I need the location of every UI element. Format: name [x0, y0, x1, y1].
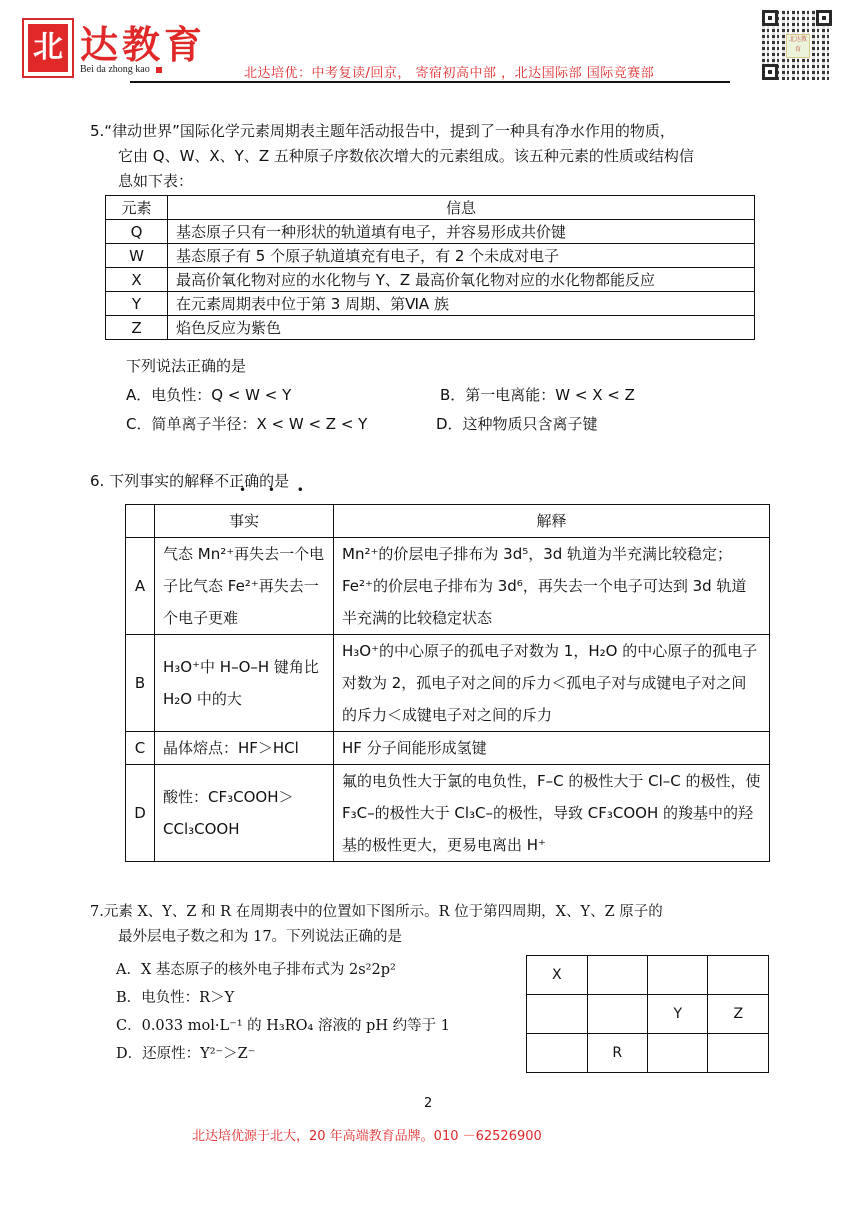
row-label: C	[126, 732, 155, 765]
footer-tagline: 北达培优源于北大，20 年高端教育品牌。010 －62526900	[192, 1125, 542, 1144]
table-row: W 基态原子有 5 个原子轨道填充有电子，有 2 个未成对电子	[106, 244, 755, 268]
q7-option-b: B．电负性：R＞Y	[116, 986, 234, 1007]
info-cell: 在元素周期表中位于第 3 周期、第ⅥA 族	[168, 292, 755, 316]
element-cell: X	[106, 268, 168, 292]
table-header-row: 元素 信息	[106, 196, 755, 220]
grid-cell: Y	[648, 995, 708, 1034]
q7-stem: 7.元素 X、Y、Z 和 R 在周期表中的位置如下图所示。R 位于第四周期，X、…	[90, 900, 790, 950]
fact-cell: 酸性：CF₃COOH＞CCl₃COOH	[155, 765, 334, 862]
element-cell: W	[106, 244, 168, 268]
q5-element-table: 元素 信息 Q 基态原子只有一种形状的轨道填有电子，并容易形成共价键 W 基态原…	[105, 195, 755, 340]
q5-option-d: D．这种物质只含离子键	[436, 413, 598, 434]
info-cell: 基态原子只有一种形状的轨道填有电子，并容易形成共价键	[168, 220, 755, 244]
table-row: X 最高价氧化物对应的水化物与 Y、Z 最高价氧化物对应的水化物都能反应	[106, 268, 755, 292]
info-cell: 基态原子有 5 个原子轨道填充有电子，有 2 个未成对电子	[168, 244, 755, 268]
logo-subtitle: Bei da zhong kao	[80, 64, 162, 75]
table-row: D 酸性：CF₃COOH＞CCl₃COOH 氟的电负性大于氯的电负性，F–C 的…	[126, 765, 770, 862]
qr-finder-icon	[762, 10, 778, 26]
q5-stem-line: 它由 Q、W、X、Y、Z 五种原子序数依次增大的元素组成。该五种元素的性质或结构…	[90, 144, 790, 169]
emphasis-dots: • • •	[239, 483, 313, 497]
header-divider	[130, 81, 730, 83]
grid-cell	[587, 956, 648, 995]
row-label: B	[126, 635, 155, 732]
q5-option-a: A．电负性：Q < W < Y	[126, 384, 291, 405]
grid-row: R	[527, 1034, 769, 1073]
element-cell: Y	[106, 292, 168, 316]
q7-option-d: D．还原性：Y²⁻＞Z⁻	[116, 1042, 255, 1063]
fact-cell: 晶体熔点：HF＞HCl	[155, 732, 334, 765]
explanation-cell: Mn²⁺的价层电子排布为 3d⁵，3d 轨道为半充满比较稳定；Fe²⁺的价层电子…	[334, 538, 770, 635]
header-slogan: 北达培优：中考复读/回京， 寄宿初高中部 ，北达国际部 国际竞赛部	[244, 62, 654, 81]
q7-stem-line: 7.元素 X、Y、Z 和 R 在周期表中的位置如下图所示。R 位于第四周期，X、…	[90, 900, 790, 925]
row-label: A	[126, 538, 155, 635]
table-row: Q 基态原子只有一种形状的轨道填有电子，并容易形成共价键	[106, 220, 755, 244]
q7-option-c: C．0.033 mol·L⁻¹ 的 H₃RO₄ 溶液的 pH 约等于 1	[116, 1014, 450, 1035]
periodic-grid: X Y Z R	[526, 955, 769, 1073]
q6-fact-table: 事实 解释 A 气态 Mn²⁺再失去一个电子比气态 Fe²⁺再失去一个电子更难 …	[125, 504, 770, 862]
fact-cell: 气态 Mn²⁺再失去一个电子比气态 Fe²⁺再失去一个电子更难	[155, 538, 334, 635]
page-number: 2	[424, 1096, 432, 1111]
table-row: B H₃O⁺中 H–O–H 键角比 H₂O 中的大 H₃O⁺的中心原子的孤电子对…	[126, 635, 770, 732]
table-row: C 晶体熔点：HF＞HCl HF 分子间能形成氢键	[126, 732, 770, 765]
qr-code-icon: 北达教育	[762, 10, 832, 80]
grid-cell	[708, 1034, 769, 1073]
qr-finder-icon	[816, 10, 832, 26]
grid-cell	[648, 956, 708, 995]
grid-row: X	[527, 956, 769, 995]
q7-stem-line: 最外层电子数之和为 17。下列说法正确的是	[90, 925, 790, 950]
info-cell: 最高价氧化物对应的水化物与 Y、Z 最高价氧化物对应的水化物都能反应	[168, 268, 755, 292]
q5-stem-line: 息如下表：	[90, 169, 790, 194]
q7-option-a: A．X 基态原子的核外电子排布式为 2s²2p²	[116, 958, 396, 979]
table-header: 解释	[334, 505, 770, 538]
grid-cell	[527, 1034, 588, 1073]
grid-cell: X	[527, 956, 588, 995]
row-label: D	[126, 765, 155, 862]
logo-mark: 北	[22, 18, 74, 78]
element-cell: Q	[106, 220, 168, 244]
q5-stem-line: 5.“律动世界”国际化学元素周期表主题年活动报告中，提到了一种具有净水作用的物质…	[90, 119, 790, 144]
qr-center-label: 北达教育	[786, 34, 810, 58]
grid-cell	[648, 1034, 708, 1073]
grid-cell	[527, 995, 588, 1034]
table-header: 事实	[155, 505, 334, 538]
table-header	[126, 505, 155, 538]
q5-stem: 5.“律动世界”国际化学元素周期表主题年活动报告中，提到了一种具有净水作用的物质…	[90, 119, 790, 194]
explanation-cell: HF 分子间能形成氢键	[334, 732, 770, 765]
explanation-cell: H₃O⁺的中心原子的孤电子对数为 1，H₂O 的中心原子的孤电子对数为 2，孤电…	[334, 635, 770, 732]
logo-char: 北	[28, 24, 68, 72]
table-header: 元素	[106, 196, 168, 220]
q5-option-b: B．第一电离能：W < X < Z	[440, 384, 635, 405]
logo-subtitle-text: Bei da zhong kao	[80, 64, 150, 75]
table-row: Z 焰色反应为紫色	[106, 316, 755, 340]
grid-row: Y Z	[527, 995, 769, 1034]
table-header: 信息	[168, 196, 755, 220]
element-cell: Z	[106, 316, 168, 340]
grid-cell: Z	[708, 995, 769, 1034]
q5-option-c: C．简单离子半径：X < W < Z < Y	[126, 413, 367, 434]
info-cell: 焰色反应为紫色	[168, 316, 755, 340]
q5-prompt: 下列说法正确的是	[126, 355, 246, 376]
table-row: Y 在元素周期表中位于第 3 周期、第ⅥA 族	[106, 292, 755, 316]
grid-cell	[708, 956, 769, 995]
grid-cell: R	[587, 1034, 648, 1073]
table-header-row: 事实 解释	[126, 505, 770, 538]
table-row: A 气态 Mn²⁺再失去一个电子比气态 Fe²⁺再失去一个电子更难 Mn²⁺的价…	[126, 538, 770, 635]
logo-square-icon	[156, 67, 162, 73]
grid-cell	[587, 995, 648, 1034]
qr-finder-icon	[762, 64, 778, 80]
explanation-cell: 氟的电负性大于氯的电负性，F–C 的极性大于 Cl–C 的极性，使 F₃C–的极…	[334, 765, 770, 862]
fact-cell: H₃O⁺中 H–O–H 键角比 H₂O 中的大	[155, 635, 334, 732]
logo-title: 达教育	[80, 14, 206, 69]
